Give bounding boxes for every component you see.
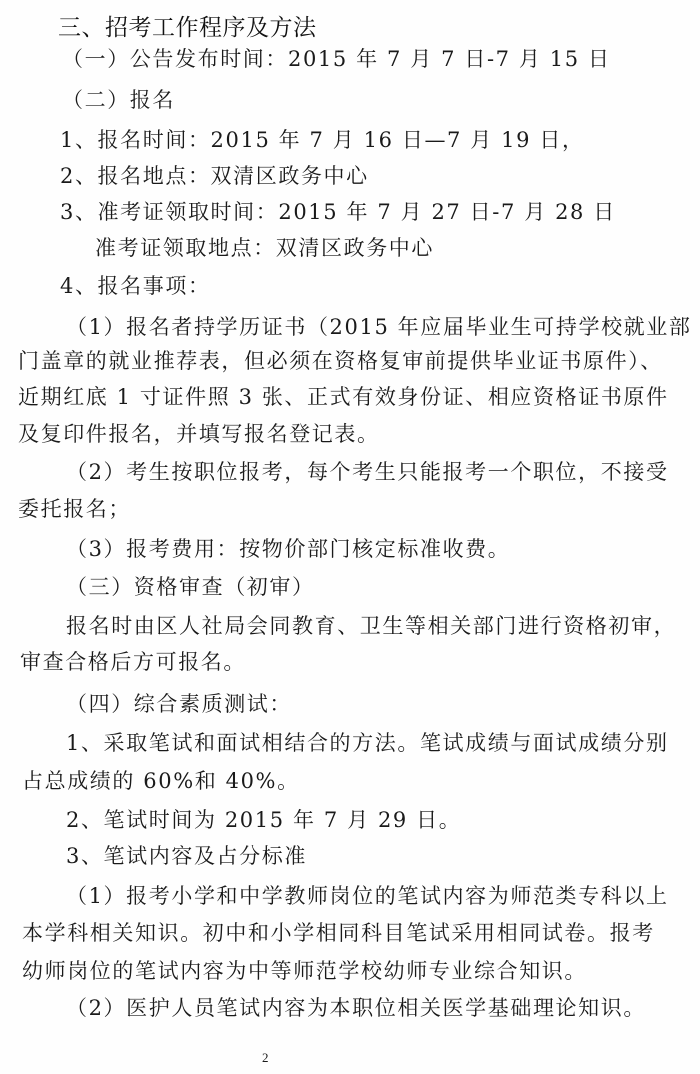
document-page: 三、招考工作程序及方法 （一）公告发布时间：2015 年 7 月 7 日-7 月… — [0, 0, 700, 1074]
item-assessment-heading: （四）综合素质测试： — [66, 691, 292, 717]
item-registration-heading: （二）报名 — [62, 87, 175, 113]
paragraph-line: （3）报考费用：按物价部门核定标准收费。 — [66, 536, 510, 562]
paragraph-line: 3、笔试内容及占分标准 — [66, 843, 307, 869]
paragraph-line: 1、采取笔试和面试相结合的方法。笔试成绩与面试成绩分别 — [66, 730, 669, 756]
section-title: 三、招考工作程序及方法 — [58, 15, 317, 41]
paragraph-line: 占总成绩的 60%和 40%。 — [22, 768, 300, 794]
paragraph-line: （2）考生按职位报考，每个考生只能报考一个职位，不接受 — [66, 459, 669, 485]
paragraph-line: 幼师岗位的笔试内容为中等师范学校幼师专业综合知识。 — [22, 958, 587, 984]
paragraph-line: （2）医护人员笔试内容为本职位相关医学基础理论知识。 — [66, 995, 646, 1021]
item-admission-ticket-location: 准考证领取地点：双清区政务中心 — [95, 235, 434, 261]
item-registration-matters: 4、报名事项： — [60, 273, 211, 299]
item-qualification-review-heading: （三）资格审查（初审） — [66, 574, 315, 600]
paragraph-line: 委托报名； — [18, 496, 131, 522]
paragraph-line: 近期红底 1 寸证件照 3 张、正式有效身份证、相应资格证书原件 — [18, 384, 669, 410]
item-announcement-time: （一）公告发布时间：2015 年 7 月 7 日-7 月 15 日 — [62, 46, 611, 72]
item-admission-ticket-time: 3、准考证领取时间：2015 年 7 月 27 日-7 月 28 日 — [60, 199, 616, 225]
paragraph-line: 及复印件报名，并填写报名登记表。 — [18, 421, 380, 447]
paragraph-line: 审查合格后方可报名。 — [20, 649, 246, 675]
item-registration-location: 2、报名地点：双清区政务中心 — [60, 163, 369, 189]
paragraph-line: 报名时由区人社局会同教育、卫生等相关部门进行资格初审， — [66, 613, 676, 639]
paragraph-line: 门盖章的就业推荐表，但必须在资格复审前提供毕业证书原件）、 — [18, 348, 663, 374]
item-registration-time: 1、报名时间：2015 年 7 月 16 日—7 月 19 日， — [60, 127, 585, 153]
paragraph-line: （1）报考小学和中学教师岗位的笔试内容为师范类专科以上 — [66, 883, 669, 909]
paragraph-line: 2、笔试时间为 2015 年 7 月 29 日。 — [66, 807, 461, 833]
paragraph-line: 本学科相关知识。初中和小学相同科目笔试采用相同试卷。报考 — [22, 920, 655, 946]
paragraph-line: （1）报名者持学历证书（2015 年应届毕业生可持学校就业部 — [66, 314, 691, 340]
page-number: 2 — [262, 1050, 269, 1066]
